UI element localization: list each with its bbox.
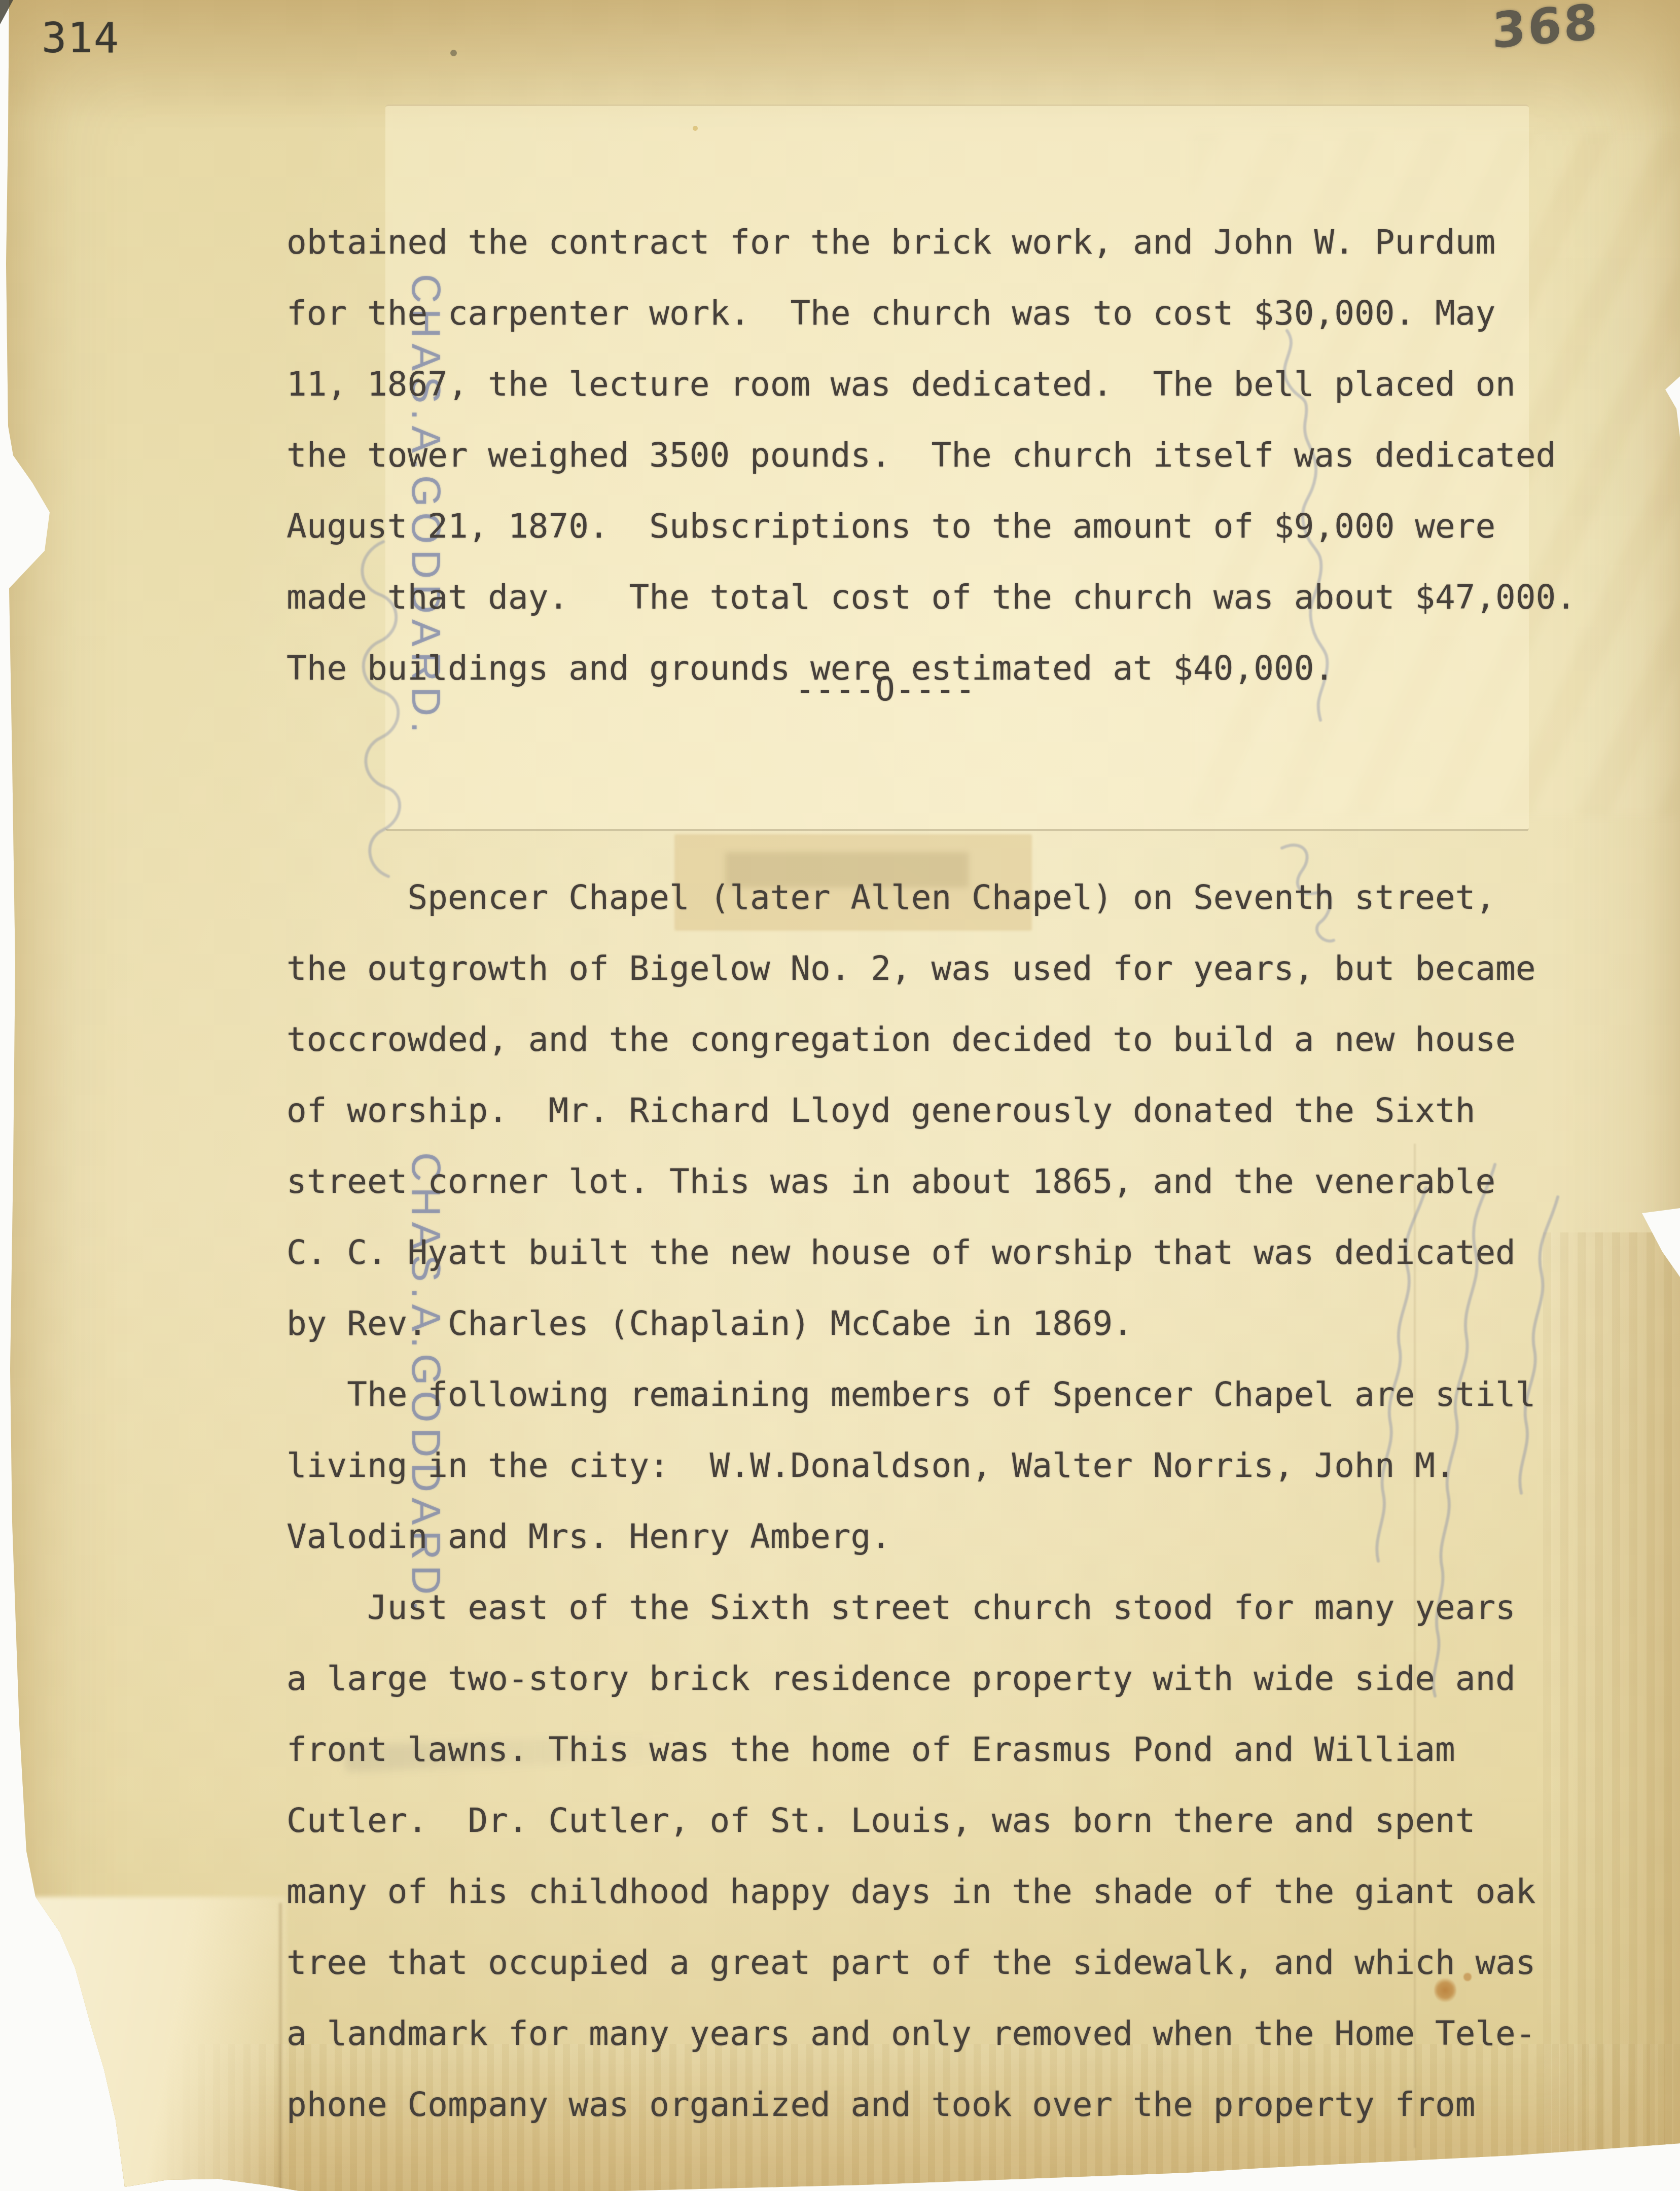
typed-line: the outgrowth of Bigelow No. 2, was used… bbox=[287, 933, 1536, 1004]
typed-line: 11, 1867, the lecture room was dedicated… bbox=[287, 349, 1576, 420]
typed-line: of worship. Mr. Richard Lloyd generously… bbox=[287, 1075, 1536, 1146]
typed-line: tree that occupied a great part of the s… bbox=[287, 1927, 1536, 1998]
typed-line: Valodin and Mrs. Henry Amberg. bbox=[287, 1501, 1536, 1572]
typed-line: C. C. Hyatt built the new house of worsh… bbox=[287, 1217, 1536, 1288]
manuscript-page: CHAS.A.GODDARD. CHAS.A.GODDARD. 314 obta… bbox=[0, 0, 1680, 2191]
typed-line: by Rev. Charles (Chaplain) McCabe in 186… bbox=[287, 1288, 1536, 1359]
section-divider: ----O---- bbox=[795, 654, 976, 725]
typed-line: Just east of the Sixth street church sto… bbox=[287, 1572, 1536, 1643]
typed-line: front lawns. This was the home of Erasmu… bbox=[287, 1714, 1536, 1785]
typed-line: living in the city: W.W.Donaldson, Walte… bbox=[287, 1430, 1536, 1501]
handwritten-page-number: 368 bbox=[1491, 0, 1600, 59]
typed-line: a landmark for many years and only remov… bbox=[287, 1998, 1536, 2069]
typed-line: The following remaining members of Spenc… bbox=[287, 1359, 1536, 1430]
typed-line: toccrowded, and the congregation decided… bbox=[287, 1004, 1536, 1075]
typed-line: made that day. The total cost of the chu… bbox=[287, 562, 1576, 633]
scanned-document: CHAS.A.GODDARD. CHAS.A.GODDARD. 314 obta… bbox=[0, 0, 1680, 2191]
typed-paragraph-block-1: obtained the contract for the brick work… bbox=[287, 207, 1576, 704]
typed-line: obtained the contract for the brick work… bbox=[287, 207, 1576, 278]
typed-line: for the carpenter work. The church was t… bbox=[287, 278, 1576, 349]
typed-line: a large two-story brick residence proper… bbox=[287, 1643, 1536, 1714]
typed-line: phone Company was organized and took ove… bbox=[287, 2069, 1536, 2140]
typed-paragraph-block-2: Spencer Chapel (later Allen Chapel) on S… bbox=[287, 862, 1536, 2140]
typed-line: Spencer Chapel (later Allen Chapel) on S… bbox=[287, 862, 1536, 933]
typed-line: street corner lot. This was in about 186… bbox=[287, 1146, 1536, 1217]
typed-line: the tower weighed 3500 pounds. The churc… bbox=[287, 420, 1576, 491]
typed-page-number: 314 bbox=[42, 14, 120, 62]
typed-line: Cutler. Dr. Cutler, of St. Louis, was bo… bbox=[287, 1785, 1536, 1856]
typed-line: many of his childhood happy days in the … bbox=[287, 1856, 1536, 1927]
typed-line: August 21, 1870. Subscriptions to the am… bbox=[287, 491, 1576, 562]
